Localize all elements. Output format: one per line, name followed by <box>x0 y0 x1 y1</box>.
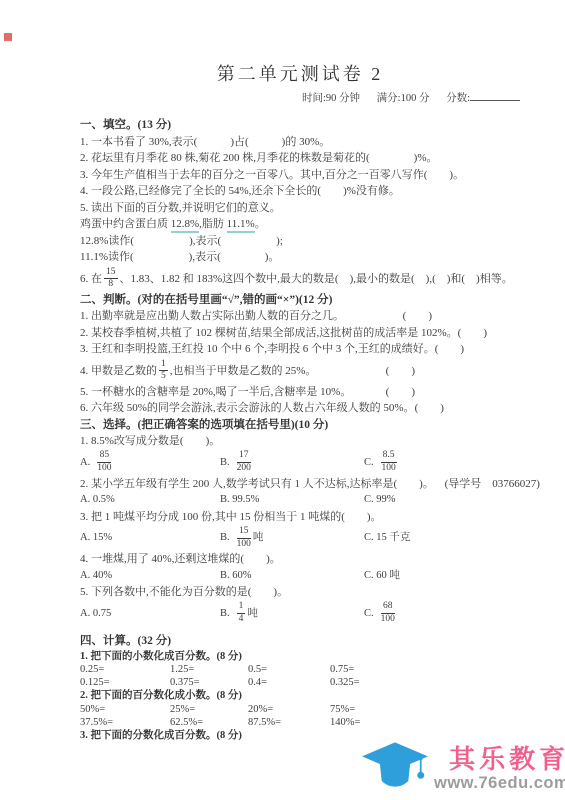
answer-bracket: ( ) <box>386 384 415 401</box>
choice-question-4: 4. 一堆煤,用了 40%,还剩这堆煤的( )。 <box>80 551 520 568</box>
calc-item: 75%= <box>330 703 520 716</box>
option-b: B. 99.5% <box>220 492 364 509</box>
calc-row: 0.125= 0.375= 0.4= 0.325= <box>80 676 520 689</box>
fraction-85-100: 85100 <box>97 451 111 474</box>
site-watermark: 其乐教育 www.76edu.com <box>360 740 565 798</box>
fraction-68-100: 68100 <box>381 602 395 625</box>
option-b: B.15100吨 <box>220 525 364 551</box>
judge-question-1: 1. 出勤率就是应出勤人数占实际出勤人数的百分之几。 ( ) <box>80 308 520 325</box>
answer-bracket: ( ) <box>415 400 444 417</box>
fill-question-1: 1. 一本书看了 30%,表示( )占( )的 30%。 <box>80 134 520 151</box>
option-c: C.68100 <box>364 601 520 627</box>
option-a: A. 15% <box>80 525 220 551</box>
paper-content: 第二单元测试卷 2 时间:90 分钟 满分:100 分 分数: 一、填空。(13… <box>0 0 565 742</box>
calc-item: 0.325= <box>330 676 520 689</box>
calc-item: 25%= <box>170 703 248 716</box>
test-paper-page: 第二单元测试卷 2 时间:90 分钟 满分:100 分 分数: 一、填空。(13… <box>0 0 565 800</box>
brand-name: 其乐教育 <box>449 745 565 773</box>
calc-subheading-1: 1. 把下面的小数化成百分数。(8 分) <box>80 650 520 664</box>
unit-label: 吨 <box>253 525 264 551</box>
fraction-1-5: 15 <box>159 360 168 383</box>
fill-question-2: 2. 花坛里有月季花 80 株,菊花 200 株,月季花的株数是菊花的( )%。 <box>80 150 520 167</box>
question-text: 6. 六年级 50%的同学会游泳,表示会游泳的人数占六年级人数的 50%。 <box>80 400 415 417</box>
calc-item: 140%= <box>330 716 520 729</box>
statement-text: 鸡蛋中约含蛋白质 <box>80 218 171 230</box>
option-c: C. 99% <box>364 492 520 509</box>
calc-item: 0.5= <box>248 663 330 676</box>
fill-question-3: 3. 今年生产值相当于去年的百分之一百零八。其中,百分之一百零八写作( )。 <box>80 167 520 184</box>
fraction-8p5-100: 8.5100 <box>381 451 397 474</box>
calc-item: 0.75= <box>330 663 520 676</box>
logo-text: 其乐教育 www.76edu.com <box>434 745 565 793</box>
calc-item: 0.125= <box>80 676 170 689</box>
time-label: 时间:90 分钟 <box>302 93 360 104</box>
statement-text: ,脂肪 <box>199 218 227 230</box>
choice-question-5: 5. 下列各数中,不能化为百分数的是( )。 <box>80 584 520 601</box>
choice-question-1: 1. 8.5%改写成分数是( )。 <box>80 433 520 450</box>
choice-question-3-options: A. 15% B.15100吨 C. 15 千克 <box>80 525 520 551</box>
option-c: C.8.5100 <box>364 450 520 476</box>
choice-question-2: 2. 某小学五年级有学生 200 人,数学考试只有 1 人不达标,达标率是( )… <box>80 476 520 493</box>
site-url: www.76edu.com <box>434 773 565 793</box>
calc-row: 0.25= 1.25= 0.5= 0.75= <box>80 663 520 676</box>
calc-item: 50%= <box>80 703 170 716</box>
question-text: 2. 某小学五年级有学生 200 人,数学考试只有 1 人不达标,达标率是( )… <box>80 478 434 490</box>
graduation-cap-icon <box>360 740 430 798</box>
option-b: B. 60% <box>220 568 364 585</box>
fill-question-5-read1: 12.8%读作( ),表示( ); <box>80 233 520 250</box>
calc-item: 1.25= <box>170 663 248 676</box>
fraction-15-100: 15100 <box>237 527 251 550</box>
calc-item: 37.5%= <box>80 716 170 729</box>
option-c: C. 60 吨 <box>364 568 520 585</box>
unit-label: 吨 <box>247 601 258 627</box>
paper-meta: 时间:90 分钟 满分:100 分 分数: <box>80 90 520 107</box>
score-blank <box>470 90 520 101</box>
choice-question-1-options: A.85100 B.17200 C.8.5100 <box>80 450 520 476</box>
score-label: 分数: <box>446 93 470 104</box>
answer-bracket: ( ) <box>435 341 464 358</box>
choice-question-3: 3. 把 1 吨煤平均分成 100 份,其中 15 份相当于 1 吨煤的( )。 <box>80 509 520 526</box>
answer-bracket: ( ) <box>458 325 487 342</box>
guide-number: (导学号 03766027) <box>445 478 540 490</box>
question-text: 2. 某校春季植树,共植了 102 棵树苗,结果全部成活,这批树苗的成活率是 1… <box>80 325 458 342</box>
full-score-label: 满分:100 分 <box>377 93 430 104</box>
calc-item: 87.5%= <box>248 716 330 729</box>
fat-percent: 11.1% <box>227 218 255 233</box>
answer-bracket: ( ) <box>386 358 415 384</box>
section2-heading: 二、判断。(对的在括号里画“√”,错的画“×”)(12 分) <box>80 292 520 309</box>
choice-question-4-options: A. 40% B. 60% C. 60 吨 <box>80 568 520 585</box>
calc-item: 0.25= <box>80 663 170 676</box>
fill-question-5-statement: 鸡蛋中约含蛋白质 12.8%,脂肪 11.1%。 <box>80 216 520 233</box>
judge-question-6: 6. 六年级 50%的同学会游泳,表示会游泳的人数占六年级人数的 50%。 ( … <box>80 400 520 417</box>
section4-heading: 四、计算。(32 分) <box>80 633 520 650</box>
option-c: C. 15 千克 <box>364 525 520 551</box>
fill-question-5: 5. 读出下面的百分数,并说明它们的意义。 <box>80 200 520 217</box>
option-a: A. 40% <box>80 568 220 585</box>
fill-question-5-read2: 11.1%读作( ),表示( )。 <box>80 249 520 266</box>
fill-question-6: 6. 在158、1.83、1.82 和 183%这四个数中,最大的数是( ),最… <box>80 266 520 292</box>
calc-item: 0.375= <box>170 676 248 689</box>
red-marker <box>4 33 12 41</box>
question-text: 5. 一杯糖水的含糖率是 20%,喝了一半后,含糖率是 10%。 <box>80 384 351 401</box>
page-title: 第二单元测试卷 2 <box>80 62 520 86</box>
judge-question-4: 4. 甲数是乙数的15,也相当于甲数是乙数的 25%。 ( ) <box>80 358 520 384</box>
judge-question-2: 2. 某校春季植树,共植了 102 棵树苗,结果全部成活,这批树苗的成活率是 1… <box>80 325 520 342</box>
question-text: 1. 出勤率就是应出勤人数占实际出勤人数的百分之几。 <box>80 308 344 325</box>
calc-row: 37.5%= 62.5%= 87.5%= 140%= <box>80 716 520 729</box>
choice-question-2-options: A. 0.5% B. 99.5% C. 99% <box>80 492 520 509</box>
choice-question-5-options: A. 0.75 B.14吨 C.68100 <box>80 601 520 627</box>
question-text: 6. 在 <box>80 273 102 285</box>
option-a: A. 0.5% <box>80 492 220 509</box>
calc-item: 0.4= <box>248 676 330 689</box>
fill-question-4: 4. 一段公路,已经修完了全长的 54%,还余下全长的( )%没有修。 <box>80 183 520 200</box>
calc-row: 50%= 25%= 20%= 75%= <box>80 703 520 716</box>
question-text: 4. 甲数是乙数的15,也相当于甲数是乙数的 25%。 <box>80 358 316 384</box>
section1-heading: 一、填空。(13 分) <box>80 117 520 134</box>
calc-item: 20%= <box>248 703 330 716</box>
option-b: B.17200 <box>220 450 364 476</box>
protein-percent: 12.8% <box>171 218 199 233</box>
fraction-15-8: 158 <box>104 268 118 291</box>
judge-question-3: 3. 王红和李明投篮,王红投 10 个中 6 个,李明投 6 个中 3 个,王红… <box>80 341 520 358</box>
fraction-17-200: 17200 <box>237 451 251 474</box>
answer-bracket: ( ) <box>403 308 432 325</box>
option-a: A. 0.75 <box>80 601 220 627</box>
judge-question-5: 5. 一杯糖水的含糖率是 20%,喝了一半后,含糖率是 10%。 ( ) <box>80 384 520 401</box>
calc-item: 62.5%= <box>170 716 248 729</box>
question-text: 3. 王红和李明投篮,王红投 10 个中 6 个,李明投 6 个中 3 个,王红… <box>80 341 435 358</box>
fraction-1-4: 14 <box>237 602 246 625</box>
option-b: B.14吨 <box>220 601 364 627</box>
calc-subheading-2: 2. 把下面的百分数化成小数。(8 分) <box>80 689 520 703</box>
section3-heading: 三、选择。(把正确答案的选项填在括号里)(10 分) <box>80 417 520 434</box>
question-text: 、1.83、1.82 和 183%这四个数中,最大的数是( ),最小的数是( )… <box>120 273 513 285</box>
option-a: A.85100 <box>80 450 220 476</box>
statement-text: 。 <box>255 218 266 230</box>
